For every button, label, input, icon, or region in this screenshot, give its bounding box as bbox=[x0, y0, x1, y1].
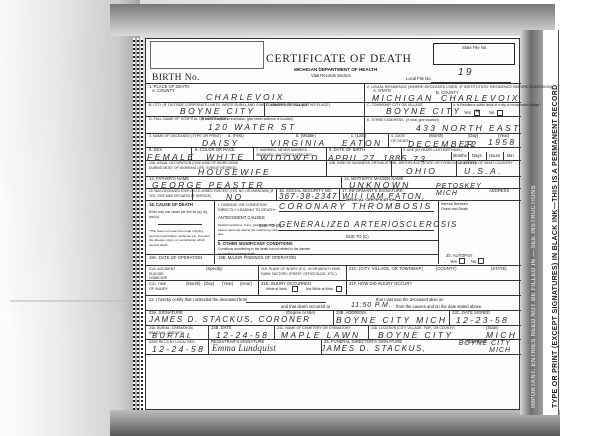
divider-injury-city bbox=[346, 265, 347, 280]
divider-reg-sig bbox=[208, 339, 209, 354]
street-hint: (If rural, give location) bbox=[406, 118, 439, 123]
birthplace-value: OHIO bbox=[406, 166, 437, 176]
state-file-label: State File No. bbox=[462, 46, 487, 51]
divider-informant bbox=[339, 188, 340, 200]
scan-fold-line bbox=[10, 300, 140, 302]
hospital-hint: (If not in hospital or institution, give… bbox=[201, 117, 293, 122]
county-label: a. COUNTY bbox=[152, 89, 175, 94]
attended-statement: 22. I hereby certify that I attended the… bbox=[149, 298, 247, 303]
injury-county-label: (COUNTY) bbox=[436, 267, 456, 272]
injury-state-label: (STATE) bbox=[491, 267, 507, 272]
divider-age-months bbox=[451, 152, 452, 160]
injury-hour-label: (Hour) bbox=[240, 282, 252, 287]
divider-marital bbox=[326, 147, 327, 176]
while-work-checkbox[interactable] bbox=[292, 286, 298, 292]
divider-injury bbox=[146, 265, 521, 266]
scan-top-edge bbox=[110, 4, 555, 36]
death-year: 1958 bbox=[488, 137, 517, 147]
cause-label: 18. CAUSE OF DEATH bbox=[149, 203, 193, 208]
autopsy-yes-checkbox[interactable] bbox=[459, 258, 465, 264]
certifier-signature: JAMES D. STACKUS, CORONER bbox=[149, 315, 311, 324]
birth-no-label: BIRTH No. bbox=[152, 73, 200, 83]
limits-label: d. Is Residence within limits of a city … bbox=[453, 103, 541, 108]
citizen-value: U.S.A. bbox=[464, 166, 503, 176]
department-name: MICHIGAN DEPARTMENT OF HEALTH bbox=[294, 67, 377, 72]
part1-label: I. DISEASE OR CONDITION DIRECTLY LEADING… bbox=[218, 203, 278, 212]
divider-disp-cemetery bbox=[274, 325, 275, 339]
injury-day-label: (Day) bbox=[204, 282, 214, 287]
cause-part1-a: CORONARY THROMBOSIS bbox=[279, 201, 433, 211]
certifier-address: BOYNE CITY MICH bbox=[336, 315, 447, 325]
margin-instructions: TYPE OR PRINT (EXCEPT SIGNATURES) IN BLA… bbox=[552, 85, 559, 408]
divider-citizen bbox=[456, 160, 457, 176]
autopsy-yes-label: Yes bbox=[450, 260, 457, 265]
autopsy-no-label: No bbox=[471, 260, 476, 265]
injury-occurred-label: 21e. INJURY OCCURRED bbox=[261, 282, 311, 287]
industry-label: 10b. KIND OF BUSINESS OR INDUSTRY bbox=[329, 161, 395, 166]
street-label: e. STREET ADDRESS bbox=[367, 118, 404, 123]
part2-label: II. OTHER SIGNIFICANT CONDITIONS bbox=[218, 242, 293, 247]
cause-footnote: *This does not mean the mode of dying, s… bbox=[149, 229, 211, 247]
while-work-label: While at Work bbox=[266, 287, 287, 292]
local-file-value: 19 bbox=[458, 67, 474, 78]
state-file-box: State File No. bbox=[433, 43, 515, 65]
injury-type-label: 21a. ACCIDENT SUICIDE HOMICIDE bbox=[149, 267, 179, 281]
divider-parents bbox=[341, 176, 342, 188]
age-hours-label: Hours bbox=[489, 154, 500, 159]
divider-race bbox=[253, 147, 254, 160]
injury-place-label: 21b. PLACE OF INJURY (e.g., in or about … bbox=[261, 267, 343, 276]
spiral-binding bbox=[133, 38, 144, 410]
injury-time-label: 21d. TIME OF INJURY bbox=[149, 282, 171, 291]
divider-injury-time bbox=[146, 280, 521, 281]
not-work-label: Not While at Work bbox=[306, 287, 333, 292]
residence-street: 433 NORTH EAST bbox=[416, 123, 521, 133]
injury-month-label: (Month) bbox=[186, 282, 200, 287]
cause-a-line bbox=[279, 211, 434, 212]
age-min-label: Min. bbox=[507, 154, 515, 159]
operation-findings-label: 19b. MAJOR FINDINGS OF OPERATION bbox=[218, 256, 296, 261]
divider-sig-date bbox=[449, 310, 450, 325]
due-to-c-label: DUE TO (c) bbox=[346, 235, 369, 240]
birth-no-box bbox=[150, 41, 264, 69]
certificate-title: CERTIFICATE OF DEATH bbox=[266, 53, 412, 65]
operation-date-label: 19a. DATE OF OPERATION bbox=[149, 256, 202, 261]
scan-left-shadow bbox=[0, 0, 140, 436]
age-days-label: Days bbox=[472, 154, 482, 159]
place-of-death-city: BOYNE CITY bbox=[180, 106, 255, 116]
residence-city: BOYNE CITY bbox=[386, 106, 461, 116]
divider-ssn bbox=[276, 188, 277, 200]
divider-bottom bbox=[146, 354, 521, 355]
scan-bottom-edge bbox=[110, 410, 560, 436]
death-occurred-statement: and that death occurred at bbox=[281, 305, 330, 310]
divider-disp-date bbox=[208, 325, 209, 339]
divider-certification bbox=[146, 295, 521, 296]
cause-b-line bbox=[279, 230, 434, 231]
divider-injury-how bbox=[346, 280, 347, 295]
cause-note-rule bbox=[158, 224, 202, 225]
place-of-death-county: CHARLEVOIX bbox=[206, 92, 285, 102]
registrar-signature: Emma Lundquist bbox=[212, 343, 276, 353]
birth-date-label: 8. DATE OF BIRTH bbox=[329, 148, 365, 153]
divider-header bbox=[146, 83, 521, 84]
injury-specify-label: (Specify) bbox=[206, 267, 223, 272]
funeral-director-signature: JAMES D. STACKUS, bbox=[321, 344, 427, 353]
time-of-death: 11:50 P.M. bbox=[351, 302, 391, 309]
divider-age-min bbox=[503, 152, 504, 160]
funeral-address: BOYNE CITY MICH bbox=[456, 340, 511, 354]
interval-label: Interval Between Onset and Death bbox=[441, 202, 473, 211]
limits-yes-label: Yes bbox=[464, 111, 471, 116]
autopsy-no-checkbox[interactable] bbox=[478, 258, 484, 264]
death-day-label: (Day) bbox=[468, 134, 478, 139]
length-of-stay-label: c. LENGTH OF STAY (in this place) bbox=[266, 103, 330, 108]
divider-name-date bbox=[388, 133, 389, 147]
armed-forces-label: 15. WAS DECEASED EVER IN U.S. ARMED FORC… bbox=[149, 189, 274, 198]
margin-instructions-faded: IMPORTANT: ENTRIES NEED NOT BE FILLED IN… bbox=[531, 185, 537, 408]
section-name: Vital Records Section bbox=[311, 73, 351, 78]
age-label: 9. AGE (In years last birthday) bbox=[403, 148, 462, 153]
local-file-label: Local File No. bbox=[406, 77, 432, 82]
certification-tail: from the causes and on the date stated a… bbox=[396, 305, 482, 310]
cause-part1-b: GENERALIZED ARTERIOSCLEROSIS bbox=[279, 220, 458, 229]
death-certificate-form: CERTIFICATE OF DEATH MICHIGAN DEPARTMENT… bbox=[145, 38, 520, 410]
citizen-label: 12. CITIZEN OF WHAT COUNTRY bbox=[458, 161, 512, 166]
injury-how-label: 21f. HOW DID INJURY OCCUR? bbox=[349, 282, 412, 287]
antecedent-label: ANTECEDENT CAUSES bbox=[218, 216, 265, 221]
informant-address-value: PETOSKEY MICH bbox=[436, 183, 496, 197]
date-signed: 12-23-58 bbox=[456, 315, 509, 325]
hospital-value: 120 WATER ST bbox=[208, 122, 296, 132]
received-date: 12-24-58 bbox=[152, 344, 205, 354]
divider-interval bbox=[438, 200, 439, 264]
cause-note: Enter only one cause per line for (a), (… bbox=[149, 210, 211, 219]
divider-sig-address bbox=[333, 310, 334, 325]
divider-disp-location bbox=[368, 325, 369, 339]
marital-value: WIDOWED bbox=[260, 153, 320, 163]
divider-age-days bbox=[468, 152, 469, 160]
divider-age-hours bbox=[486, 152, 487, 160]
not-work-checkbox[interactable] bbox=[336, 286, 342, 292]
divider-row6 bbox=[146, 176, 521, 177]
limits-no-label: No bbox=[489, 111, 494, 116]
age-months-label: Months bbox=[453, 154, 467, 159]
injury-year-label: (Year) bbox=[222, 282, 233, 287]
death-month-label: (Month) bbox=[429, 134, 443, 139]
attended-from-line bbox=[246, 302, 326, 303]
usual-residence-label: 2. USUAL RESIDENCE (Where deceased lived… bbox=[367, 85, 552, 90]
injury-city-label: 21c. (CITY, VILLAGE, OR TOWNSHIP) bbox=[349, 267, 423, 272]
